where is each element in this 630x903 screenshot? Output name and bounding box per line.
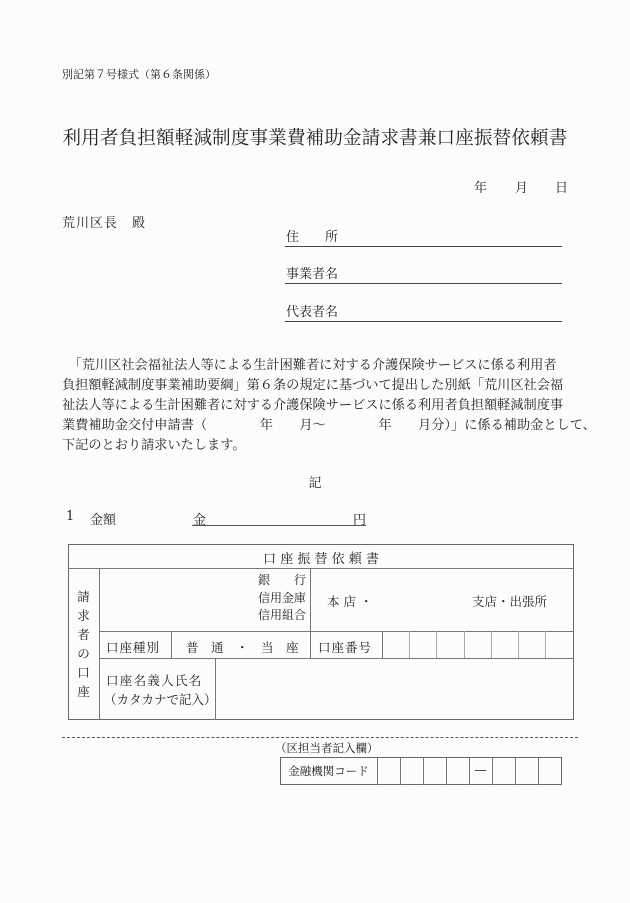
side-label-char: 者	[68, 625, 99, 644]
document-title: 利用者負担額軽減制度事業費補助金請求書兼口座振替依頼書	[0, 124, 630, 150]
account-number-digit-3[interactable]	[436, 632, 464, 658]
representative-name-field[interactable]: 代表者名	[285, 304, 562, 322]
bank-code-label: 金融機関コード	[280, 763, 377, 779]
institution-type-shinkin[interactable]: 信用金庫	[248, 590, 306, 608]
transfer-table-heading: 口 座 振 替 依 頼 書	[68, 548, 574, 567]
account-number-digit-5[interactable]	[491, 632, 518, 658]
katakana-note: （カタカナで記入）	[104, 690, 217, 708]
amount-label: 金額	[90, 509, 116, 528]
representative-name-label: 代表者名	[286, 301, 338, 320]
paragraph-line: 「荒川区社会福祉法人等による生計困難者に対する介護保険サービスに係る利用者	[62, 356, 582, 376]
bank-code-separator: —	[469, 762, 492, 777]
branch-code-digit-3[interactable]	[538, 758, 561, 784]
bank-name-input[interactable]	[100, 569, 248, 630]
business-name-field[interactable]: 事業者名	[285, 266, 562, 284]
requester-account-side-label: 請 求 者 の 口 座	[68, 587, 99, 701]
bank-code-digit-3[interactable]	[423, 758, 446, 784]
item-number: 1	[66, 509, 74, 524]
business-name-label: 事業者名	[286, 263, 338, 282]
branch-main-option[interactable]: 本 店 ・	[327, 592, 372, 610]
branch-other-option[interactable]: 支店・出張所	[472, 592, 547, 610]
paragraph-line: 祉法人等による生計困難者に対する介護保険サービスに係る利用者負担額軽減制度事	[62, 396, 582, 416]
side-label-char: 座	[68, 682, 99, 701]
account-number-digit-2[interactable]	[409, 632, 436, 658]
address-label: 住 所	[286, 226, 338, 245]
amount-field[interactable]: 金 円	[192, 509, 366, 526]
paragraph-line: 負担額軽減制度事業補助要綱」第６条の規定に基づいて提出した別紙「荒川区社会福	[62, 376, 582, 396]
branch-code-digit-2[interactable]	[515, 758, 538, 784]
account-number-label: 口座番号	[318, 638, 372, 656]
side-label-char: の	[68, 644, 99, 663]
addressee: 荒川区長 殿	[62, 212, 146, 231]
account-type-label: 口座種別	[106, 638, 160, 656]
institution-type-bank[interactable]: 銀 行	[248, 572, 306, 590]
branch-code-digit-1[interactable]	[492, 758, 515, 784]
amount-suffix: 円	[353, 509, 366, 528]
bank-code-digit-1[interactable]	[377, 758, 400, 784]
divider	[310, 568, 311, 658]
date-day-label: 日	[555, 177, 568, 196]
cut-line	[62, 737, 578, 738]
account-number-digit-7[interactable]	[545, 632, 573, 658]
office-use-caption: （区担当者記入欄）	[275, 740, 379, 756]
form-id: 別記第７号様式（第６条関係）	[62, 66, 216, 82]
account-type-options[interactable]: 普 通 ・ 当 座	[186, 638, 299, 656]
request-paragraph: 「荒川区社会福祉法人等による生計困難者に対する介護保険サービスに係る利用者 負担…	[62, 356, 582, 456]
amount-prefix: 金	[193, 509, 206, 528]
side-label-char: 口	[68, 663, 99, 682]
paragraph-line: 業費補助金交付申請書（ 年 月～ 年 月分）」に係る補助金として、	[62, 416, 582, 436]
date-year-label: 年	[474, 177, 487, 196]
account-holder-input[interactable]	[216, 659, 573, 719]
bank-code-digit-2[interactable]	[400, 758, 423, 784]
paragraph-line: 下記のとおり請求いたします。	[62, 436, 582, 456]
institution-type-list: 銀 行 信用金庫 信用組合	[248, 572, 306, 625]
bank-code-digit-4[interactable]	[446, 758, 469, 784]
divider	[171, 631, 172, 658]
side-label-char: 求	[68, 606, 99, 625]
account-number-digit-1[interactable]	[382, 632, 409, 658]
address-field[interactable]: 住 所	[285, 229, 562, 247]
account-holder-label: 口座名義人氏名	[106, 671, 203, 689]
account-number-digit-4[interactable]	[464, 632, 491, 658]
date-month-label: 月	[515, 177, 528, 196]
side-label-char: 請	[68, 587, 99, 606]
institution-type-kumiai[interactable]: 信用組合	[248, 607, 306, 625]
account-number-digit-6[interactable]	[518, 632, 545, 658]
ki-heading: 記	[0, 472, 630, 491]
